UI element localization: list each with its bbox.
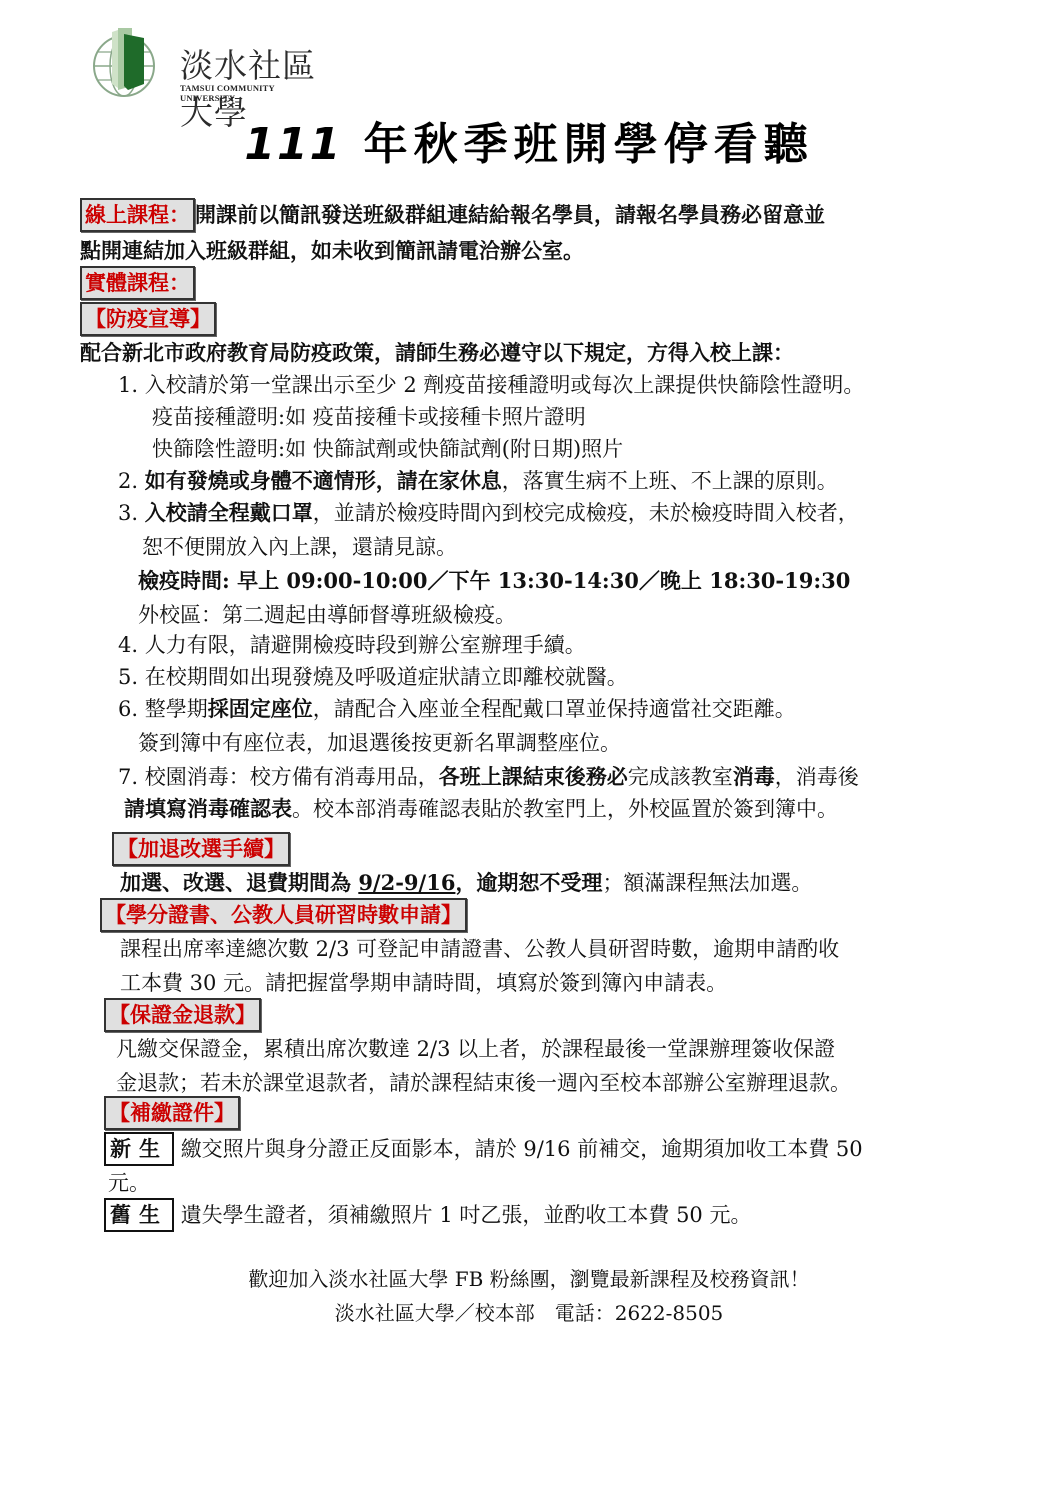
addrop-bold: ，逾期恕不受理 bbox=[455, 870, 602, 895]
credit-line1: 課程出席率達總次數 2/3 可登記申請證書、公教人員研習時數，逾期申請酌收 bbox=[120, 932, 839, 966]
rule-3-line2: 恕不便開放入內上課，還請見諒。 bbox=[142, 530, 457, 564]
rule-6-bold: 採固定座位 bbox=[208, 696, 313, 721]
rule-1-sub2: 快篩陰性證明:如 快篩試劑或快篩試劑(附日期)照片 bbox=[152, 432, 623, 466]
rule-7-line2-rest: 。校本部消毒確認表貼於教室門上，外校區置於簽到簿中。 bbox=[292, 797, 838, 821]
new-student-text: 繳交照片與身分證正反面影本，請於 9/16 前補交，逾期須加收工本費 50 bbox=[181, 1137, 863, 1161]
docs-old: 舊生 遺失學生證者，須補繳照片 1 吋乙張，並酌收工本費 50 元。 bbox=[104, 1198, 751, 1232]
rule-3-offsite: 外校區：第二週起由導師督導班級檢疫。 bbox=[138, 598, 516, 632]
title-year: 111 bbox=[244, 119, 342, 170]
rule-3-rest: ，並請於檢疫時間內到校完成檢疫，未於檢疫時間入校者， bbox=[313, 501, 859, 525]
logo-name-en: TAMSUI COMMUNITY UNIVERSITY bbox=[180, 83, 328, 103]
docs-section: 【補繳證件】 bbox=[104, 1096, 240, 1130]
globe-logo-icon bbox=[88, 24, 166, 100]
credit-label: 【學分證書、公教人員研習時數申請】 bbox=[100, 898, 467, 932]
rule-3: 3. 入校請全程戴口罩，並請於檢疫時間內到校完成檢疫，未於檢疫時間入校者， bbox=[118, 496, 859, 530]
rule-2-rest: ，落實生病不上班、不上課的原則。 bbox=[502, 469, 838, 493]
docs-new-line2: 元。 bbox=[108, 1166, 150, 1200]
rule-7-line2: 請填寫消毒確認表。校本部消毒確認表貼於教室門上，外校區置於簽到簿中。 bbox=[124, 792, 838, 826]
rule-2: 2. 如有發燒或身體不適情形，請在家休息，落實生病不上班、不上課的原則。 bbox=[118, 464, 838, 498]
epidemic-intro: 配合新北市政府教育局防疫政策，請師生務必遵守以下規定，方得入校上課： bbox=[80, 336, 794, 370]
rule-2-bold: 如有發燒或身體不適情形，請在家休息 bbox=[145, 468, 502, 493]
online-line1: 開課前以簡訊發送班級群組連結給報名學員，請報名學員務必留意並 bbox=[195, 202, 825, 227]
online-label: 線上課程： bbox=[80, 198, 195, 232]
rule-1: 1. 入校請於第一堂課出示至少 2 劑疫苗接種證明或每次上課提供快篩陰性證明。 bbox=[118, 368, 864, 402]
rule-2-num: 2. bbox=[118, 469, 145, 493]
online-line2: 點開連結加入班級群組，如未收到簡訊請電洽辦公室。 bbox=[80, 234, 584, 268]
title-text: 年秋季班開學停看聽 bbox=[342, 119, 813, 170]
rule-7-line2-bold: 請填寫消毒確認表 bbox=[124, 796, 292, 821]
physical-label: 實體課程： bbox=[80, 266, 195, 300]
quarantine-times: 檢疫時間: 早上 09:00-10:00／下午 13:30-14:30／晚上 1… bbox=[138, 564, 850, 598]
rule-6-pre: 6. 整學期 bbox=[118, 697, 208, 721]
rule-7-mid: 完成該教室 bbox=[628, 765, 733, 789]
footer-fb: 歡迎加入淡水社區大學 FB 粉絲團，瀏覽最新課程及校務資訊！ bbox=[0, 1262, 1058, 1296]
rule-5: 5. 在校期間如出現發燒及呼吸道症狀請立即離校就醫。 bbox=[118, 660, 628, 694]
rule-3-bold: 入校請全程戴口罩 bbox=[145, 500, 313, 525]
addrop-rest: ；額滿課程無法加選。 bbox=[602, 871, 812, 895]
epidemic-section: 【防疫宣導】 bbox=[80, 302, 216, 336]
page-title: 111 年秋季班開學停看聽 bbox=[0, 108, 1058, 172]
rule-7-end: ，消毒後 bbox=[775, 765, 859, 789]
rule-7-pre: 7. 校園消毒：校方備有消毒用品， bbox=[118, 765, 439, 789]
docs-new: 新生 繳交照片與身分證正反面影本，請於 9/16 前補交，逾期須加收工本費 50 bbox=[104, 1132, 863, 1166]
rule-6-line2: 簽到簿中有座位表，加退選後按更新名單調整座位。 bbox=[138, 726, 621, 760]
rule-7: 7. 校園消毒：校方備有消毒用品，各班上課結束後務必完成該教室消毒，消毒後 bbox=[118, 760, 859, 794]
addrop-label: 【加退改選手續】 bbox=[112, 832, 290, 866]
docs-label: 【補繳證件】 bbox=[104, 1096, 240, 1130]
addrop-text: 加選、改選、退費期間為 9/2-9/16，逾期恕不受理；額滿課程無法加選。 bbox=[120, 866, 812, 900]
deposit-section: 【保證金退款】 bbox=[104, 998, 261, 1032]
rule-1-sub1: 疫苗接種證明:如 疫苗接種卡或接種卡照片證明 bbox=[152, 400, 586, 434]
logo: 淡水社區大學 TAMSUI COMMUNITY UNIVERSITY bbox=[88, 22, 328, 102]
addrop-section: 【加退改選手續】 bbox=[112, 832, 290, 866]
new-student-label: 新生 bbox=[104, 1132, 174, 1166]
deposit-label: 【保證金退款】 bbox=[104, 998, 261, 1032]
epidemic-label: 【防疫宣導】 bbox=[80, 302, 216, 336]
online-section: 線上課程：開課前以簡訊發送班級群組連結給報名學員，請報名學員務必留意並 bbox=[80, 198, 825, 232]
physical-section: 實體課程： bbox=[80, 266, 195, 300]
old-student-text: 遺失學生證者，須補繳照片 1 吋乙張，並酌收工本費 50 元。 bbox=[181, 1203, 752, 1227]
addrop-dates: 9/2-9/16 bbox=[358, 870, 455, 895]
footer-contact: 淡水社區大學／校本部 電話：2622-8505 bbox=[0, 1296, 1058, 1330]
rule-4: 4. 人力有限，請避開檢疫時段到辦公室辦理手續。 bbox=[118, 628, 586, 662]
rule-3-num: 3. bbox=[118, 501, 145, 525]
deposit-line2: 金退款；若未於課堂退款者，請於課程結束後一週內至校本部辦公室辦理退款。 bbox=[116, 1066, 851, 1100]
deposit-line1: 凡繳交保證金，累積出席次數達 2/3 以上者，於課程最後一堂課辦理簽收保證 bbox=[116, 1032, 835, 1066]
rule-7-bold2: 消毒 bbox=[733, 764, 775, 789]
rule-6: 6. 整學期採固定座位，請配合入座並全程配戴口罩並保持適當社交距離。 bbox=[118, 692, 796, 726]
rule-7-bold1: 各班上課結束後務必 bbox=[439, 764, 628, 789]
old-student-label: 舊生 bbox=[104, 1198, 174, 1232]
credit-line2: 工本費 30 元。請把握當學期申請時間，填寫於簽到簿內申請表。 bbox=[120, 966, 727, 1000]
rule-6-rest: ，請配合入座並全程配戴口罩並保持適當社交距離。 bbox=[313, 697, 796, 721]
addrop-pre: 加選、改選、退費期間為 bbox=[120, 870, 358, 895]
credit-section: 【學分證書、公教人員研習時數申請】 bbox=[100, 898, 467, 932]
